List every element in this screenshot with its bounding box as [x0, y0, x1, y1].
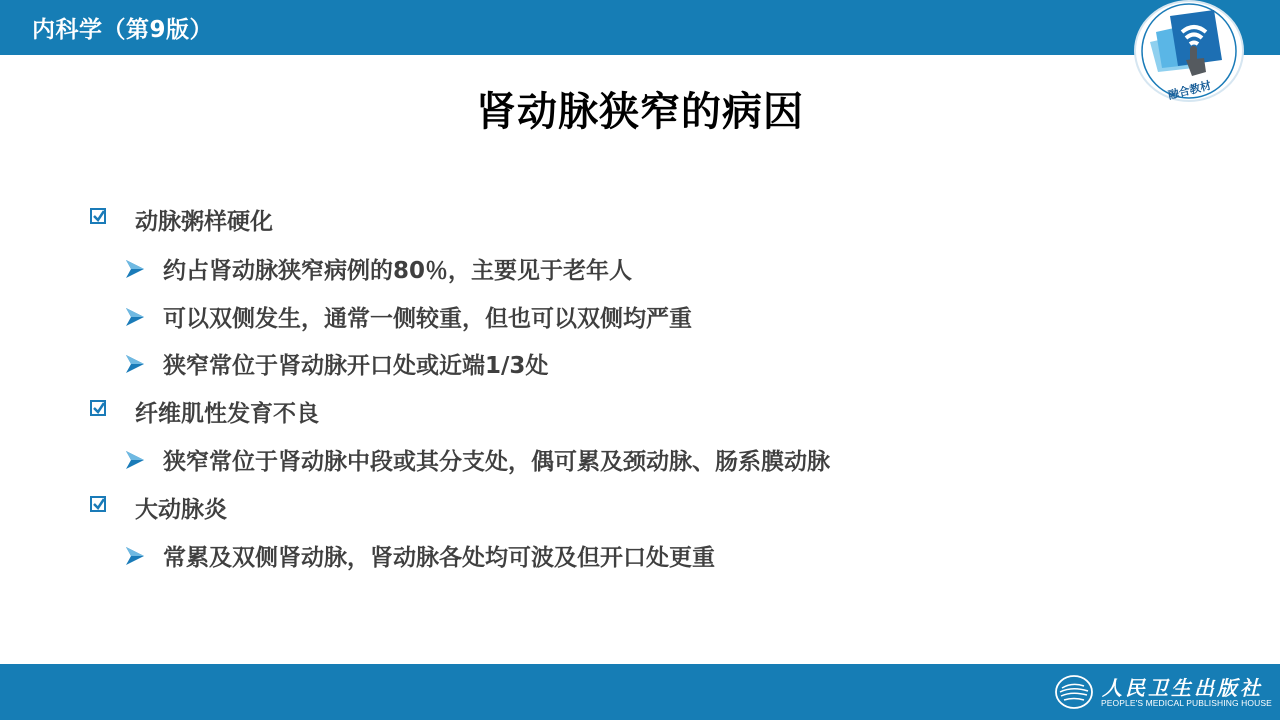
arrow-bullet-icon	[126, 258, 144, 284]
checkbox-checked-icon	[90, 208, 106, 224]
arrow-bullet-icon	[126, 545, 144, 571]
publisher-logo: 人民卫生出版社 PEOPLE'S MEDICAL PUBLISHING HOUS…	[1054, 672, 1274, 712]
arrow-bullet-icon	[126, 353, 144, 379]
publisher-emblem-icon	[1054, 674, 1094, 710]
book-title: 内科学（第9版）	[32, 11, 213, 44]
arrow-bullet-icon	[126, 449, 144, 475]
arrow-bullet-icon	[126, 306, 144, 332]
publisher-name-cn: 人民卫生出版社	[1102, 672, 1263, 701]
header-bar: 内科学（第9版）	[0, 0, 1280, 55]
publisher-name-en: PEOPLE'S MEDICAL PUBLISHING HOUSE	[1101, 698, 1272, 708]
slide-title: 肾动脉狭窄的病因	[0, 80, 1280, 137]
checkbox-checked-icon	[90, 400, 106, 416]
checkbox-checked-icon	[90, 496, 106, 512]
